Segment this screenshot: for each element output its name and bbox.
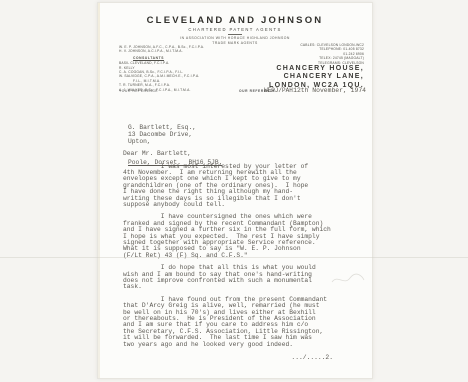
body-paragraph: I have found out from the present Comman… <box>123 297 365 348</box>
your-reference-label: YOUR REFERENCE <box>119 89 158 93</box>
consultants-heading: CONSULTANTS <box>133 56 229 60</box>
cables-telephone-column: CABLES: CLEVELSON LONDON-WC2 TELEPHONE: … <box>264 43 364 65</box>
body-paragraph: I was most interested by your letter of … <box>123 164 365 209</box>
office-address-line: CHANCERY LANE, <box>269 73 364 81</box>
partner-line: H. V. JOHNSON, A.C.I.P.A., M.I.T.M.A. <box>119 49 229 53</box>
recipient-address-lines: G. Bartlett, Esq., 13 Dacombe Drive, Upt… <box>128 124 222 145</box>
paper-edge <box>98 3 100 378</box>
body-paragraph: I have countersigned the ones which were… <box>123 214 365 259</box>
partners-consultants-column: W. E. P. JOHNSON, A.F.C., C.P.A., B.Sc.,… <box>119 45 229 92</box>
firm-subtitle: CHARTERED PATENT AGENTS <box>98 27 372 32</box>
continuation-mark: .../.....2. <box>123 354 365 361</box>
letterhead-rule <box>228 34 242 35</box>
salutation: Dear Mr. Bartlett, <box>123 151 365 158</box>
our-reference-value: WEPJ/PAH <box>264 87 293 94</box>
letter-date: 12th November, 1974 <box>293 87 366 94</box>
association-line: IN ASSOCIATION WITH HORACE HIGHLAND JOHN… <box>98 36 372 40</box>
firm-name: CLEVELAND AND JOHNSON <box>98 15 372 26</box>
letter-paper: CLEVELAND AND JOHNSON CHARTERED PATENT A… <box>97 2 373 379</box>
reference-row: YOUR REFERENCE OUR REFERENCE WEPJ/PAH 12… <box>98 87 372 97</box>
pencil-squiggle-mark <box>330 266 366 290</box>
body-paragraph: I do hope that all this is what you woul… <box>123 265 365 291</box>
fold-crease-line <box>0 257 468 258</box>
office-address-line: CHANCERY HOUSE, <box>269 65 364 73</box>
